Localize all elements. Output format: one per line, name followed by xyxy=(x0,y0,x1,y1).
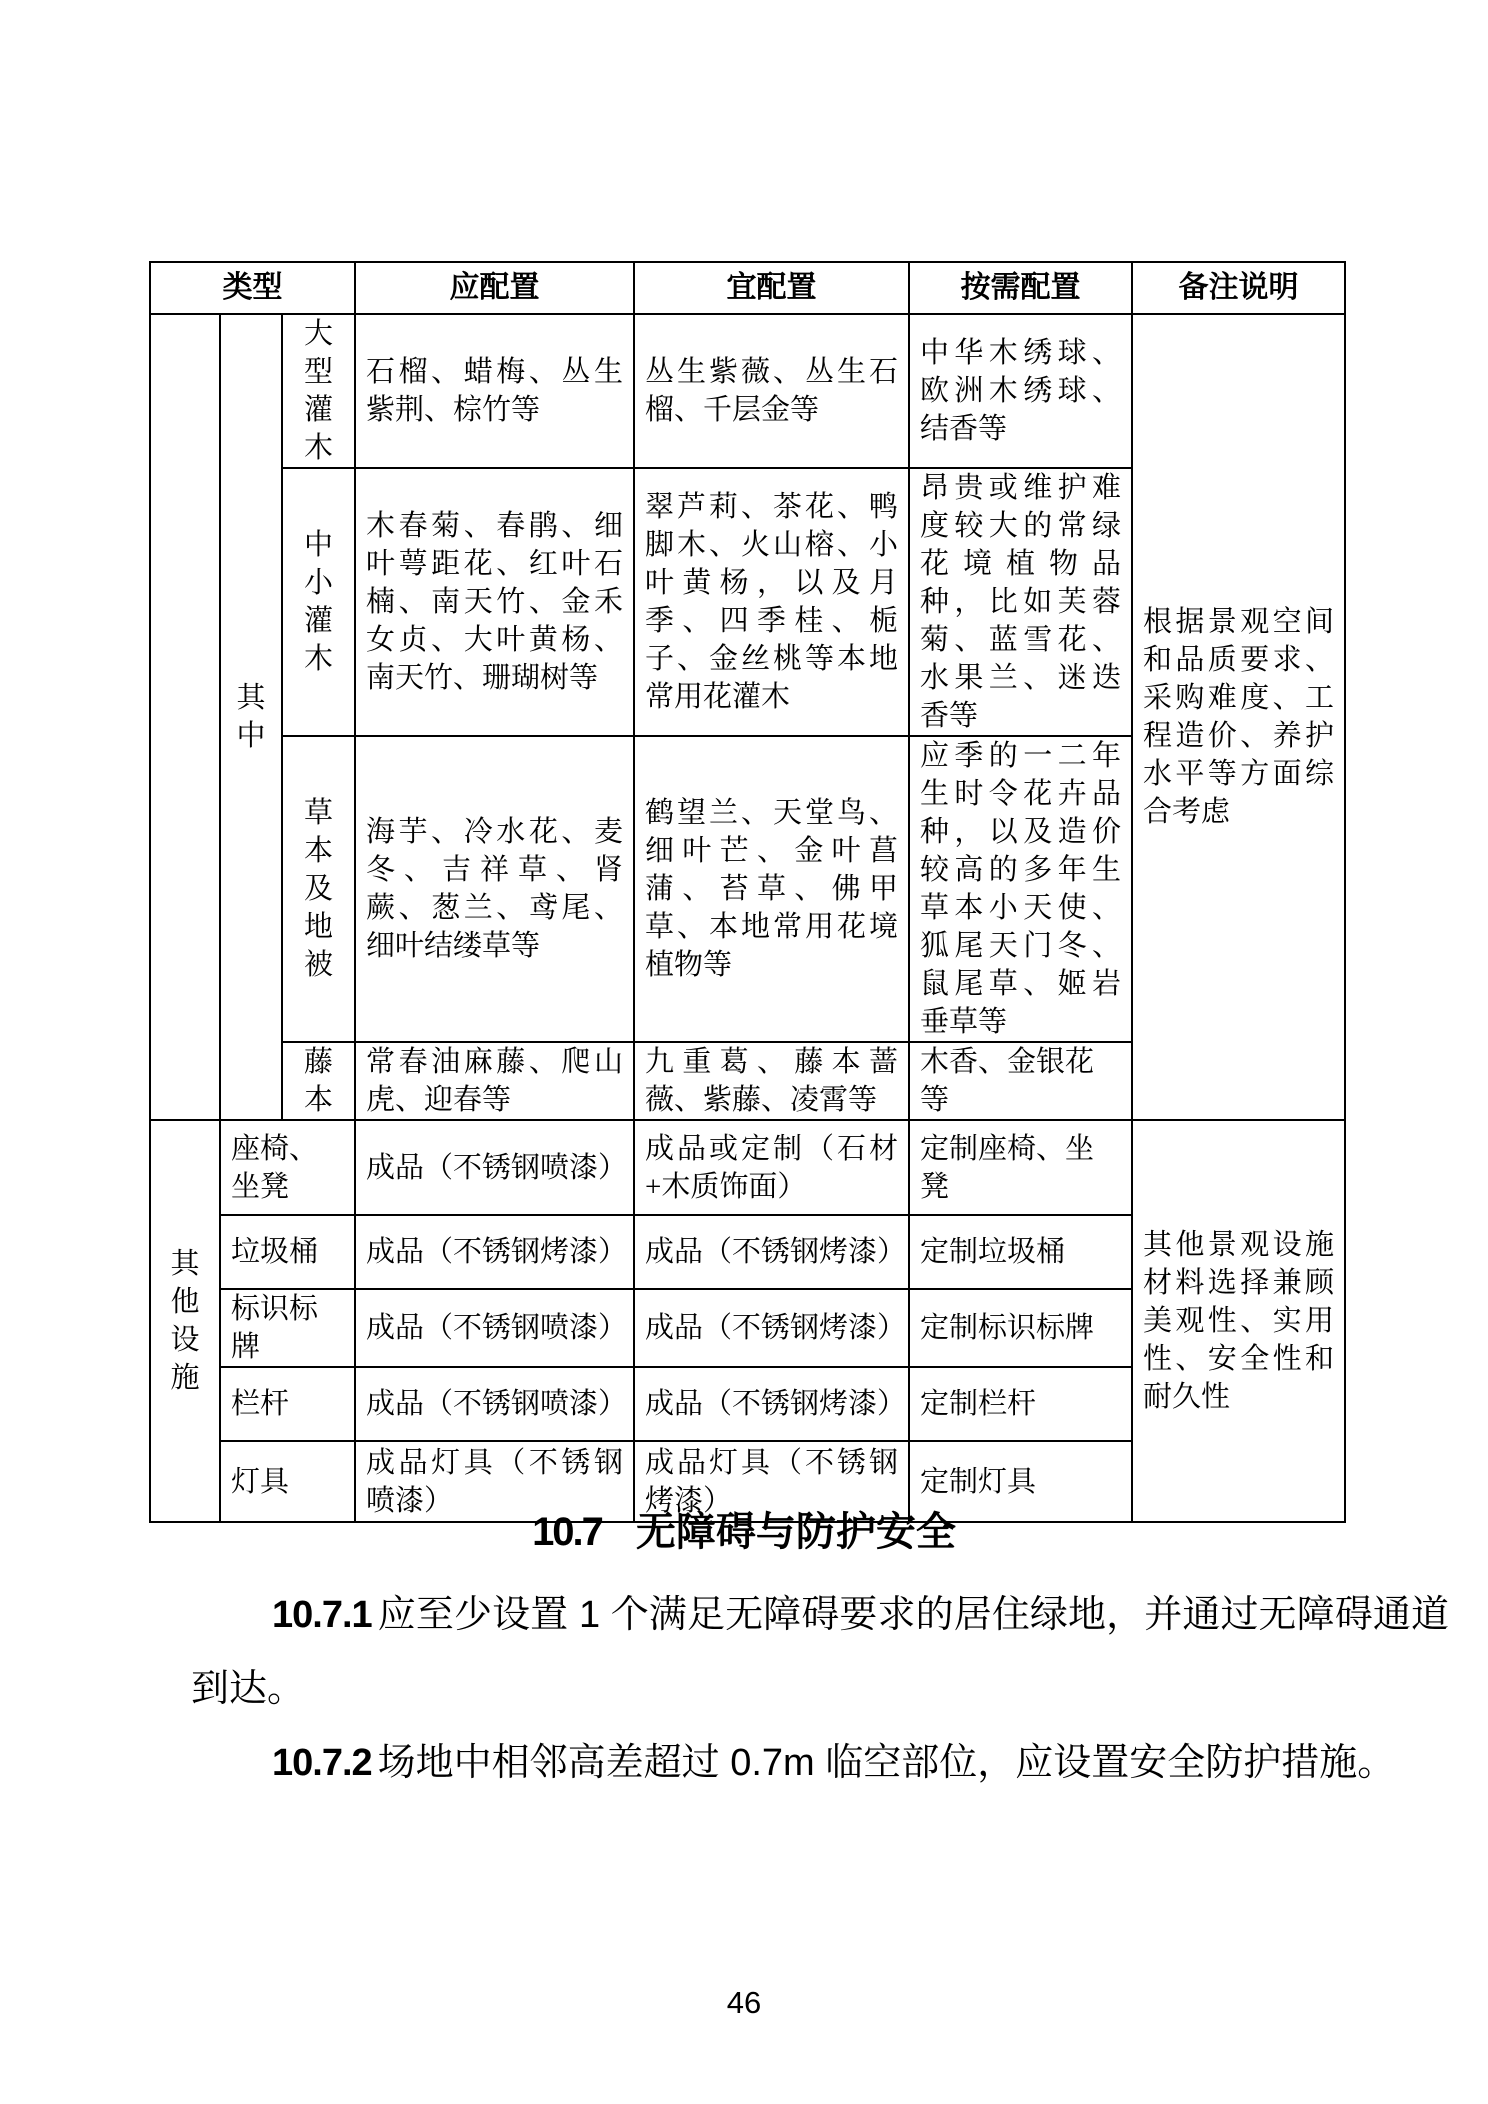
medium-small-shrubs-recommended: 翠芦莉、茶花、鸭脚木、火山榕、小叶黄杨，以及月季、四季桂、栀子、金丝桃等本地常用… xyxy=(634,468,909,736)
large-shrubs-required: 石榴、蜡梅、丛生紫荆、棕竹等 xyxy=(355,314,634,468)
section-number: 10.7 xyxy=(532,1510,602,1554)
trash-bins-required: 成品（不锈钢烤漆） xyxy=(355,1215,634,1289)
row-label-herbs-groundcover: 草本及地被 xyxy=(304,794,334,984)
table-header-row: 类型 应配置 宜配置 按需配置 备注说明 xyxy=(150,262,1345,314)
col-header-remarks: 备注说明 xyxy=(1132,262,1345,314)
trash-bins-on-demand: 定制垃圾桶 xyxy=(909,1215,1132,1289)
group-label-among-them: 其中 xyxy=(236,679,266,755)
section-title: 无障碍与防护安全 xyxy=(636,1510,956,1554)
large-shrubs-on-demand: 中华木绣球、欧洲木绣球、结香等 xyxy=(909,314,1132,468)
clause-number: 10.7.2 xyxy=(272,1742,372,1784)
herbs-groundcover-on-demand: 应季的一二年生时令花卉品种，以及造价较高的多年生草本小天使、狐尾天门冬、鼠尾草、… xyxy=(909,736,1132,1042)
medium-small-shrubs-on-demand: 昂贵或维护难度较大的常绿花境植物品种，比如芙蓉菊、蓝雪花、水果兰、迷迭香等 xyxy=(909,468,1132,736)
vines-recommended: 九重葛、藤本蔷薇、紫藤、凌霄等 xyxy=(634,1042,909,1120)
railings-required: 成品（不锈钢喷漆） xyxy=(355,1367,634,1441)
row-label-trash-bins: 垃圾桶 xyxy=(220,1215,355,1289)
row-label-cell: 中小灌木 xyxy=(282,468,355,736)
table-row-large-shrubs: 其中 大型灌木 石榴、蜡梅、丛生紫荆、棕竹等 丛生紫薇、丛生石榴、千层金等 中华… xyxy=(150,314,1345,468)
seats-required: 成品（不锈钢喷漆） xyxy=(355,1120,634,1215)
table-row-seats: 其他设施 座椅、坐凳 成品（不锈钢喷漆） 成品或定制（石材+木质饰面） 定制座椅… xyxy=(150,1120,1345,1215)
row-label-signage: 标识标牌 xyxy=(220,1289,355,1367)
row-label-railings: 栏杆 xyxy=(220,1367,355,1441)
section-heading: 10.7无障碍与防护安全 xyxy=(0,1495,1488,1569)
row-label-cell: 大型灌木 xyxy=(282,314,355,468)
row-label-cell: 藤本 xyxy=(282,1042,355,1120)
plant-section-remark: 根据景观空间和品质要求、采购难度、工程造价、养护水平等方面综合考虑 xyxy=(1132,314,1345,1120)
plant-section-outer-cell xyxy=(150,314,220,1120)
page-number: 46 xyxy=(0,1985,1488,2021)
col-header-recommended: 宜配置 xyxy=(634,262,909,314)
medium-small-shrubs-required: 木春菊、春鹃、细叶萼距花、红叶石楠、南天竹、金禾女贞、大叶黄杨、南天竹、珊瑚树等 xyxy=(355,468,634,736)
row-label-vines: 藤本 xyxy=(304,1043,334,1119)
row-label-large-shrubs: 大型灌木 xyxy=(304,315,334,467)
herbs-groundcover-required: 海芋、冷水花、麦冬、吉祥草、肾蕨、葱兰、鸢尾、细叶结缕草等 xyxy=(355,736,634,1042)
clause-text: 应至少设置 1 个满足无障碍要求的居住绿地，并通过无障碍通道到达。 xyxy=(191,1594,1449,1710)
col-header-on-demand: 按需配置 xyxy=(909,262,1132,314)
railings-recommended: 成品（不锈钢烤漆） xyxy=(634,1367,909,1441)
seats-on-demand: 定制座椅、坐凳 xyxy=(909,1120,1132,1215)
signage-recommended: 成品（不锈钢烤漆） xyxy=(634,1289,909,1367)
seats-recommended: 成品或定制（石材+木质饰面） xyxy=(634,1120,909,1215)
vines-on-demand: 木香、金银花等 xyxy=(909,1042,1132,1120)
clause-10-7-2: 10.7.2场地中相邻高差超过 0.7m 临空部位，应设置安全防护措施。 xyxy=(191,1726,1449,1800)
document-page: 类型 应配置 宜配置 按需配置 备注说明 其中 大型灌木 石榴、蜡梅、丛生紫荆、… xyxy=(0,0,1488,2104)
signage-on-demand: 定制标识标牌 xyxy=(909,1289,1132,1367)
col-header-required: 应配置 xyxy=(355,262,634,314)
large-shrubs-recommended: 丛生紫薇、丛生石榴、千层金等 xyxy=(634,314,909,468)
clause-text: 场地中相邻高差超过 0.7m 临空部位，应设置安全防护措施。 xyxy=(378,1742,1396,1784)
facility-section-group-cell: 其他设施 xyxy=(150,1120,220,1522)
clause-10-7-1: 10.7.1应至少设置 1 个满足无障碍要求的居住绿地，并通过无障碍通道到达。 xyxy=(191,1578,1449,1726)
col-header-type: 类型 xyxy=(150,262,355,314)
vines-required: 常春油麻藤、爬山虎、迎春等 xyxy=(355,1042,634,1120)
signage-required: 成品（不锈钢喷漆） xyxy=(355,1289,634,1367)
facility-section-remark: 其他景观设施材料选择兼顾美观性、实用性、安全性和耐久性 xyxy=(1132,1120,1345,1522)
group-label-other-facilities: 其他设施 xyxy=(170,1245,200,1397)
trash-bins-recommended: 成品（不锈钢烤漆） xyxy=(634,1215,909,1289)
row-label-seats: 座椅、坐凳 xyxy=(220,1120,355,1215)
clause-number: 10.7.1 xyxy=(272,1594,372,1636)
herbs-groundcover-recommended: 鹤望兰、天堂鸟、细叶芒、金叶菖蒲、苔草、佛甲草、本地常用花境植物等 xyxy=(634,736,909,1042)
configuration-table: 类型 应配置 宜配置 按需配置 备注说明 其中 大型灌木 石榴、蜡梅、丛生紫荆、… xyxy=(149,261,1346,1523)
plant-section-group-cell: 其中 xyxy=(220,314,282,1120)
row-label-cell: 草本及地被 xyxy=(282,736,355,1042)
railings-on-demand: 定制栏杆 xyxy=(909,1367,1132,1441)
row-label-medium-small-shrubs: 中小灌木 xyxy=(304,526,334,678)
